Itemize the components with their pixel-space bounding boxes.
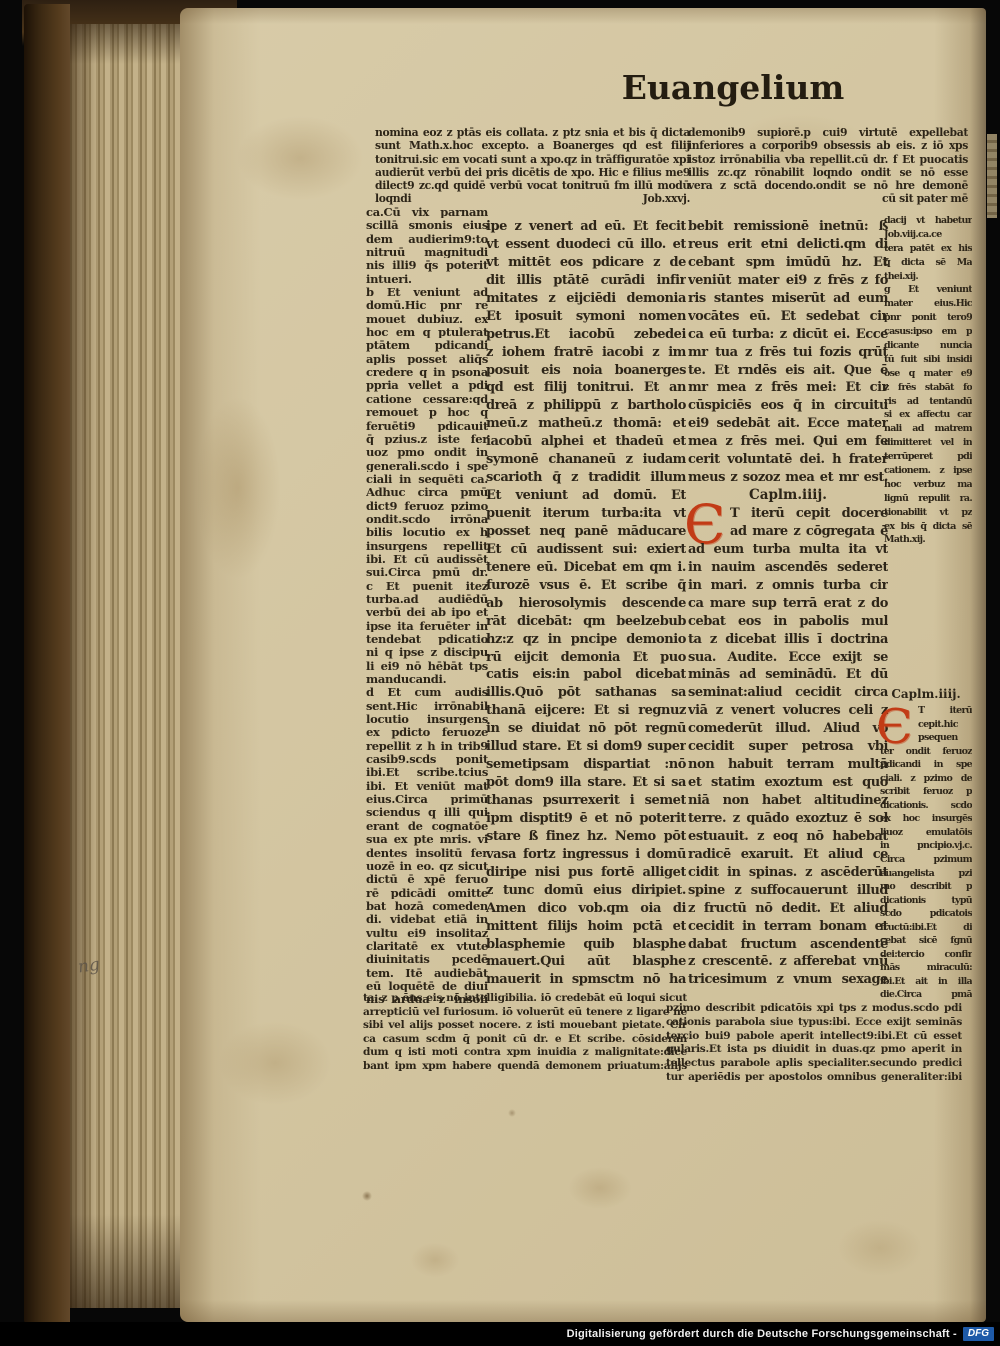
bible-text-column-left: ipe z venert ad eū. Et fecitvt essent du… [486,218,686,989]
bible-text-column-right: bebit remissionē inetnū: ßreus erit etni… [688,218,888,989]
running-title: Euangelium [608,68,858,107]
dfg-logo: DFG [963,1327,994,1341]
margin-chapter-lines: T iterūcepit.hicpsequenter ondit feruozp… [880,705,972,1003]
book-page: Euangelium nomina eoz z ptās eis collata… [180,8,986,1322]
commentary-bottom-left: ta. z p ōns eis nō intelligibilia. iō cr… [363,992,687,1074]
commentary-bottom-right: pzimo describit pdicatōis xpi tps z modu… [666,1002,962,1085]
digitization-credit: Digitalisierung gefördert durch die Deut… [567,1328,957,1340]
commentary-top-left: nomina eoz z ptās eis collata. z ptz sni… [375,126,690,206]
book-spine [24,4,70,1324]
chapter-lines: T iterū cepit doceread mare z cōgregata … [688,505,888,989]
chapter-start-block: Є T iterū cepit doceread mare z cōgregat… [688,505,888,989]
column-lines: bebit remissionē inetnū: ßreus erit etni… [688,218,888,487]
commentary-left-column: ca.Cū vix parnamscillā smonis eiusdem au… [366,205,488,1006]
page-edge-stack [70,24,180,1308]
footer-bar: Digitalisierung gefördert durch die Deut… [0,1322,1000,1346]
commentary-right-lower: Є T iterūcepit.hicpsequenter ondit feruo… [880,705,972,1003]
book-scan: ng Euangelium nomina eoz z ptās eis coll… [0,0,1000,1346]
facing-page-edge [987,134,997,218]
commentary-right-upper: dacij vt habeturJob.viij.ca.cetera patēt… [884,215,972,548]
rubricated-initial: Є [684,503,728,539]
handwritten-note: ng [77,955,101,978]
rubricated-initial-margin: Є [876,705,916,745]
commentary-top-right: demonib9 supiorē.p cui9 virtutē expelleb… [688,126,968,206]
